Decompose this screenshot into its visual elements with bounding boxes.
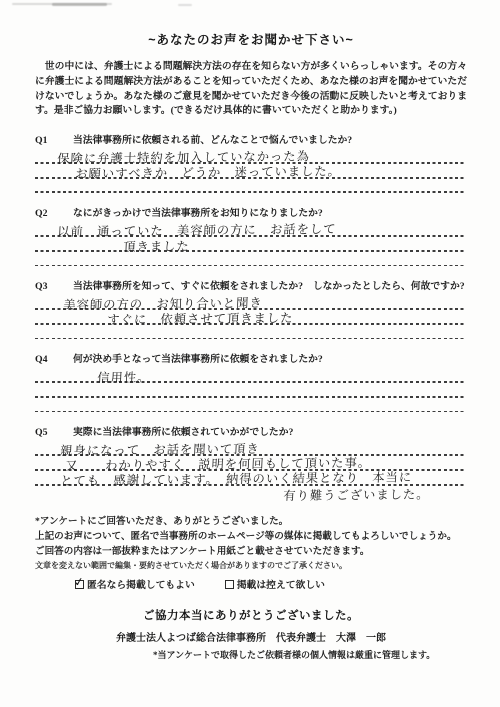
answer-lines: 信用性。 (35, 369, 467, 413)
checkbox-anonymous-ok-checked (75, 580, 84, 589)
question-row: Q1 当法律事務所に依頼される前、どんなことで悩んでいましたか? (35, 134, 467, 147)
question-row: Q2 なにがきっかけで当法律事務所をお知りになりましたか? (35, 207, 467, 220)
question-row: Q4 何が決め手となって当法律事務所に依頼をされましたか? (35, 353, 467, 366)
question-number: Q1 (35, 134, 73, 147)
question-text: 実際に当法律事務所に依頼されていかがでしたか? (73, 426, 467, 439)
answer-line: 以前 通っていた 美容師の方に お話をして (35, 223, 467, 238)
question-text: なにがきっかけで当法律事務所をお知りになりましたか? (73, 207, 467, 220)
intro-paragraph: 世の中には、弁護士による問題解決方法の存在を知らない方が多くいらっしゃいます。そ… (35, 60, 467, 119)
question-number: Q2 (35, 207, 73, 220)
answer-line (35, 384, 467, 399)
question-row: Q5 実際に当法律事務所に依頼されていかがでしたか? (35, 426, 467, 439)
answer-line: すぐに 依頼させて頂きました (35, 311, 467, 326)
answer-line: お願いすべきか どうか 迷っていました。 (35, 165, 467, 180)
checkbox-decline-publish (225, 580, 234, 589)
question-block: Q5 実際に当法律事務所に依頼されていかがでしたか? 親身になって お話を聞いて… (35, 426, 467, 501)
answer-lines: 以前 通っていた 美容師の方に お話をして頂きました (35, 223, 467, 267)
footer-section: *アンケートにご回答いただき、ありがとうございました。 上記のお声について、匿名… (35, 514, 467, 661)
answer-line: 保険に弁護士特約を加入していなかった為 (35, 150, 467, 165)
question-number: Q3 (35, 280, 73, 293)
answer-line (35, 399, 467, 414)
answer-line: とても 感謝しています。 納得のいく結果となり 本当に (35, 472, 467, 487)
option-anonymous-ok: 匿名なら掲載してもよい (75, 577, 195, 591)
question-number: Q4 (35, 353, 73, 366)
scan-artifact (52, 3, 107, 6)
privacy-note: *当アンケートで取得したご依頼者様の個人情報は厳重に管理します。 (35, 648, 467, 661)
scanned-survey-document: ~あなたのお声をお聞かせ下さい~ 世の中には、弁護士による問題解決方法の存在を知… (0, 0, 500, 707)
answer-line (35, 253, 467, 268)
handwritten-answer: 保険に弁護士特約を加入していなかった為 (57, 151, 310, 167)
answer-line: 頂きました (35, 238, 467, 253)
survey-thanks-line: *アンケートにご回答いただき、ありがとうございました。 (35, 514, 467, 529)
question-row: Q3 当法律事務所を知って、すぐに依頼をされましたか? しなかったとしたら、何故… (35, 280, 467, 293)
question-text: 何が決め手となって当法律事務所に依頼をされましたか? (73, 353, 467, 366)
question-block: Q3 当法律事務所を知って、すぐに依頼をされましたか? しなかったとしたら、何故… (35, 280, 467, 340)
publish-consent-options: 匿名なら掲載してもよい 掲載は控えて欲しい (75, 577, 467, 591)
answer-lines: 親身になって お話を聞いて頂き又 わかりやすく 説明を何回もして頂いた事。とても… (35, 442, 467, 501)
handwritten-answer: 頂きました (123, 240, 190, 254)
answer-line: 美容師の方の お知り合いと聞き (35, 296, 467, 311)
option-decline-publish-label: 掲載は控えて欲しい (237, 577, 325, 591)
questions-section: Q1 当法律事務所に依頼される前、どんなことで悩んでいましたか? 保険に弁護士特… (35, 134, 467, 501)
answer-lines: 保険に弁護士特約を加入していなかった為お願いすべきか どうか 迷っていました。 (35, 150, 467, 194)
question-block: Q2 なにがきっかけで当法律事務所をお知りになりましたか? 以前 通っていた 美… (35, 207, 467, 267)
question-block: Q1 当法律事務所に依頼される前、どんなことで悩んでいましたか? 保険に弁護士特… (35, 134, 467, 194)
answer-line: 有り難うございました。 (35, 487, 467, 502)
handwritten-answer: 有り難うございました。 (283, 488, 430, 503)
handwritten-answer: お願いすべきか どうか 迷っていました。 (75, 165, 341, 181)
handwritten-answer: 信用性。 (97, 372, 151, 386)
answer-lines: 美容師の方の お知り合いと聞きすぐに 依頼させて頂きました (35, 296, 467, 340)
question-text: 当法律事務所を知って、すぐに依頼をされましたか? しなかったとしたら、何故ですか… (73, 280, 467, 293)
handwritten-answer: 美容師の方の お知り合いと聞き (63, 297, 263, 312)
answer-line: 信用性。 (35, 369, 467, 384)
scan-artifact (178, 4, 192, 6)
document-title: ~あなたのお声をお聞かせ下さい~ (35, 30, 467, 48)
question-block: Q4 何が決め手となって当法律事務所に依頼をされましたか? 信用性。 (35, 353, 467, 413)
excerpt-note-line: ご回答の内容は一部抜粋またはアンケート用紙ごと載せさせていただきます。 (35, 544, 467, 559)
firm-signature: 弁護士法人よつば総合法律事務所 代表弁護士 大澤 一郎 (35, 629, 467, 644)
question-number: Q5 (35, 426, 73, 439)
answer-line: 親身になって お話を聞いて頂き (35, 442, 467, 457)
question-text: 当法律事務所に依頼される前、どんなことで悩んでいましたか? (73, 134, 467, 147)
handwritten-answer: とても 感謝しています。 納得のいく結果となり 本当に (60, 471, 412, 488)
option-anonymous-ok-label: 匿名なら掲載してもよい (87, 577, 195, 591)
closing-thanks: ご協力本当にありがとうございました。 (35, 607, 467, 623)
handwritten-answer: 親身になって お話を聞いて頂き (60, 443, 260, 458)
answer-line (35, 326, 467, 341)
option-decline-publish: 掲載は控えて欲しい (225, 577, 325, 591)
handwritten-answer: すぐに 依頼させて頂きました (107, 312, 294, 327)
edit-note-line: 文章を変えない範囲で編集・要約させていただく場合がありますのでご了承ください。 (35, 559, 467, 572)
handwritten-answer: 以前 通っていた 美容師の方に お話をして (57, 223, 337, 239)
publish-request-line: 上記のお声について、匿名で当事務所のホームページ等の媒体に掲載してもよろしいでし… (35, 529, 467, 544)
answer-line (35, 180, 467, 195)
